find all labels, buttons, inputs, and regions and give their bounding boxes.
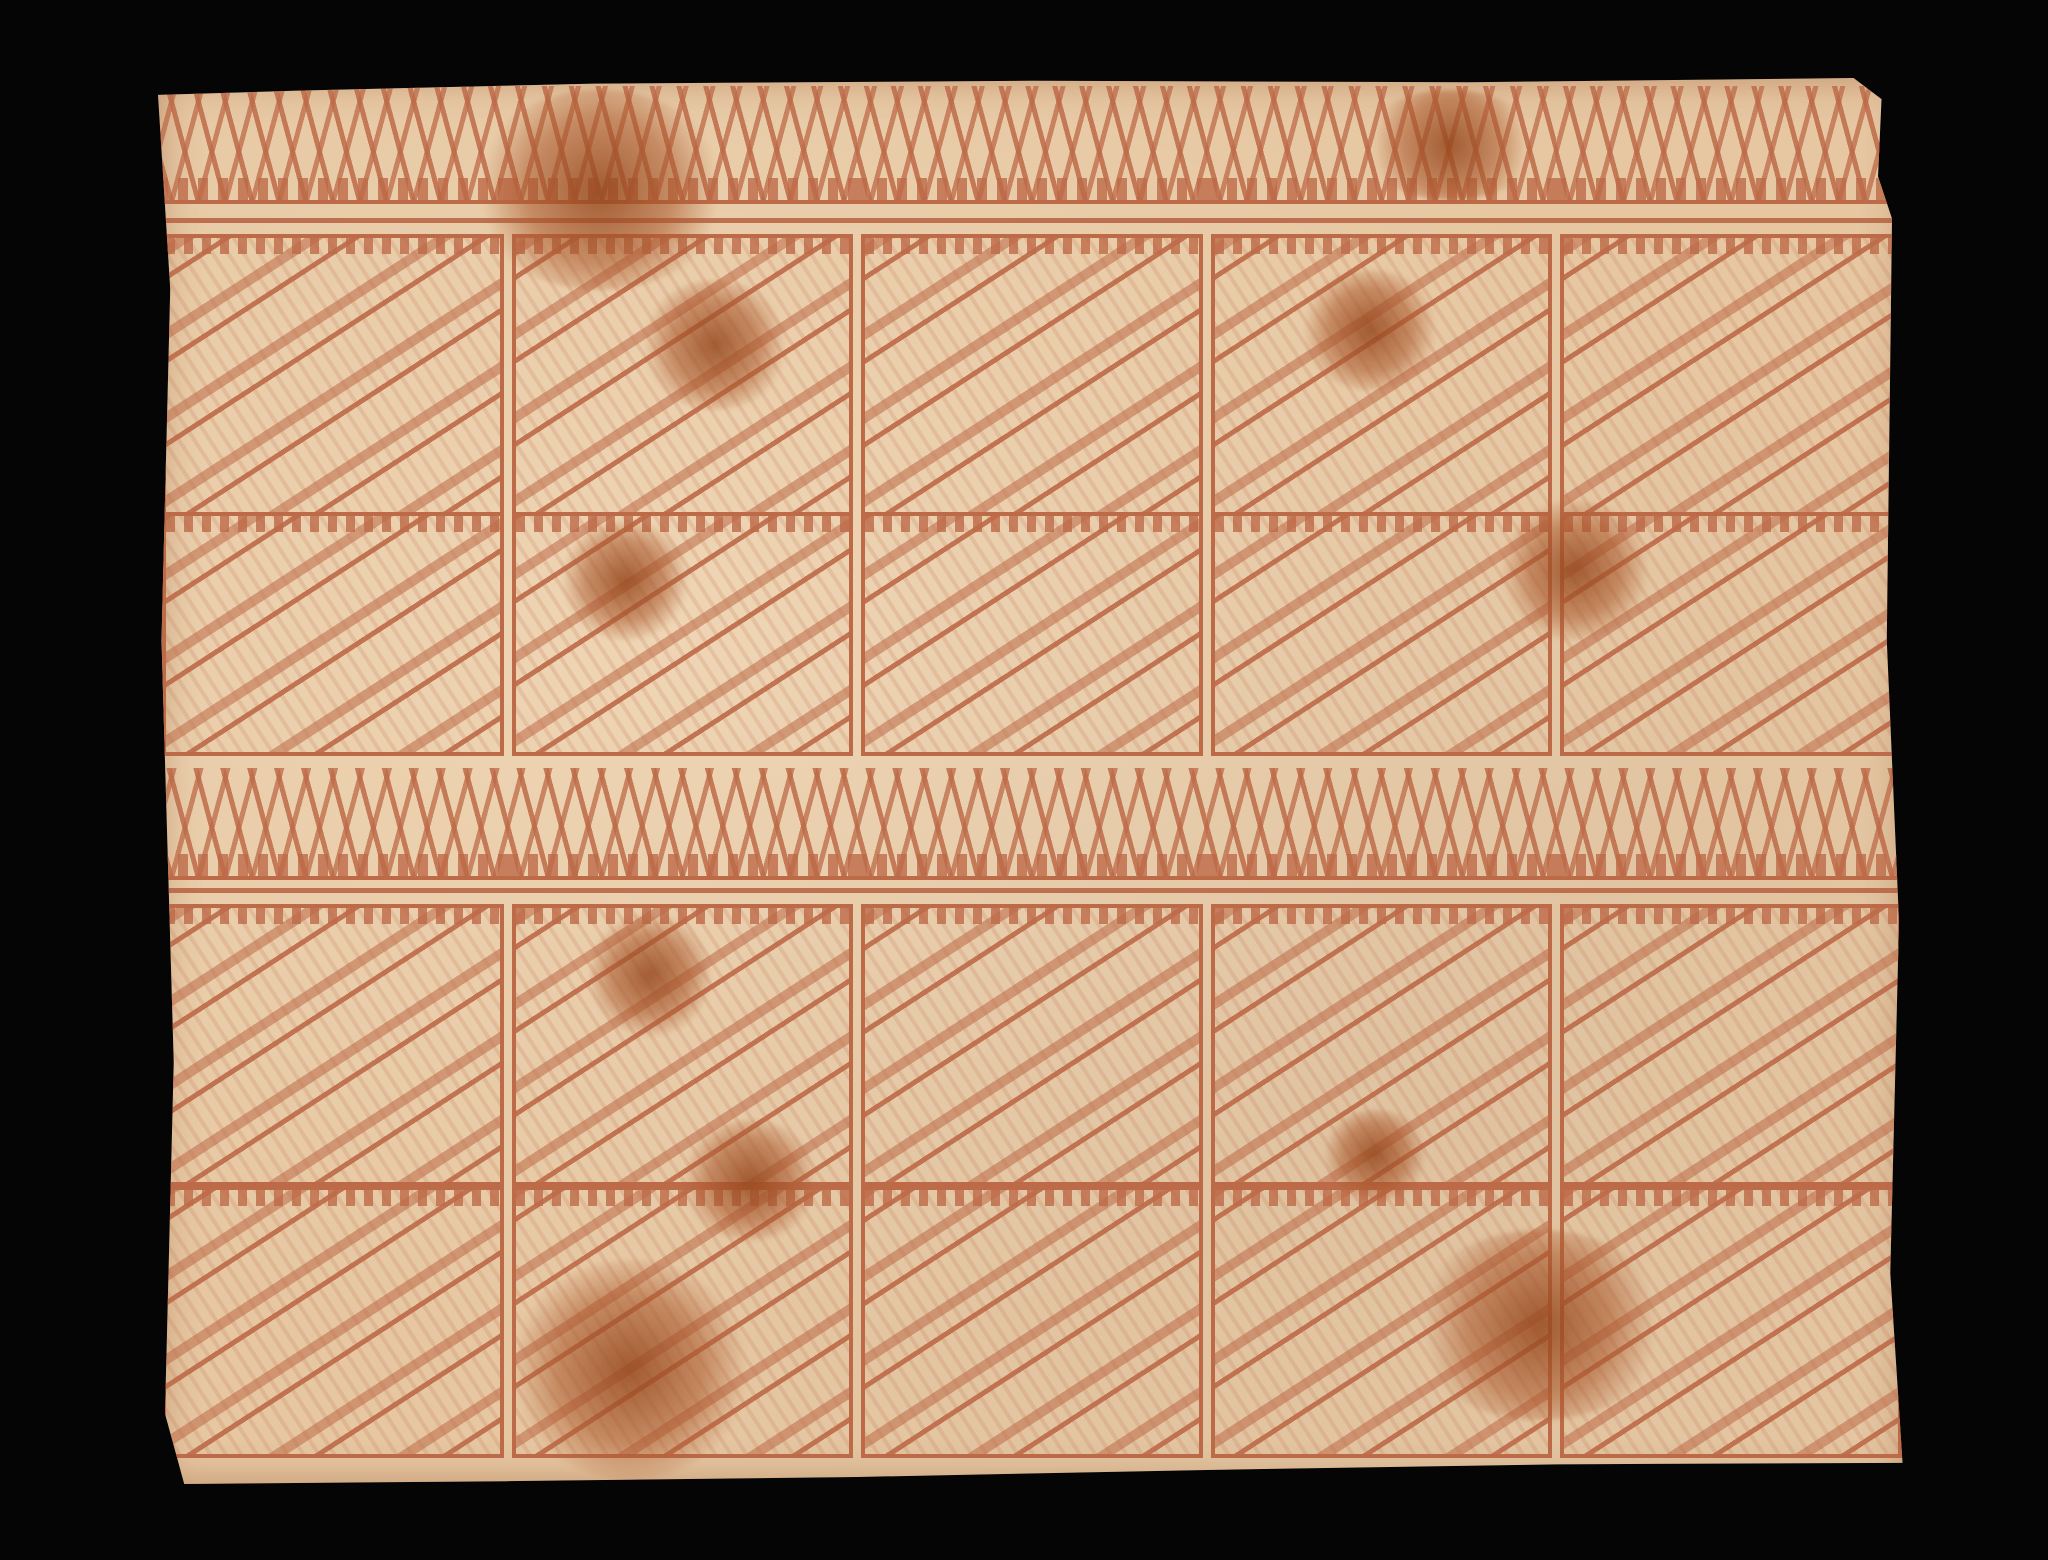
diagonal-panel <box>861 234 1203 516</box>
stain-mark <box>1360 90 1540 200</box>
fan-motif <box>1556 86 1906 204</box>
fan-motif <box>857 86 1207 204</box>
stain-mark <box>560 520 690 640</box>
diagonal-panel <box>1560 234 1902 516</box>
fan-motif <box>857 768 1207 880</box>
stain-mark <box>640 280 790 410</box>
diagonal-panel <box>861 1186 1203 1458</box>
photo-scene <box>0 0 2048 1560</box>
diagonal-panel <box>861 904 1203 1186</box>
diagonal-panel <box>162 234 504 516</box>
middle-fan-band <box>158 768 1906 880</box>
stain-mark <box>1300 270 1440 390</box>
diagonal-panel <box>162 512 504 756</box>
fan-motif <box>1207 768 1557 880</box>
stain-mark <box>1500 500 1650 640</box>
stain-mark <box>510 1260 750 1480</box>
border-line <box>158 218 1906 223</box>
border-line <box>158 888 1906 893</box>
panel-row-3 <box>158 900 1906 1190</box>
fan-motif <box>158 86 508 204</box>
top-fan-band <box>158 86 1906 204</box>
diagonal-panel <box>1211 512 1553 756</box>
stain-mark <box>1320 1110 1430 1200</box>
stain-mark <box>1410 1230 1670 1420</box>
stain-mark <box>470 90 730 290</box>
fan-motif <box>158 768 508 880</box>
stain-mark <box>590 910 710 1040</box>
stain-mark <box>680 1120 820 1240</box>
diagonal-panel <box>162 904 504 1186</box>
diagonal-panel <box>162 1186 504 1458</box>
diagonal-panel <box>512 512 854 756</box>
fan-motif <box>1556 768 1906 880</box>
panel-row-1 <box>158 230 1906 520</box>
diagonal-panel <box>861 512 1203 756</box>
tapa-cloth <box>158 78 1906 1484</box>
diagonal-panel <box>1560 904 1902 1186</box>
fan-motif <box>508 768 858 880</box>
